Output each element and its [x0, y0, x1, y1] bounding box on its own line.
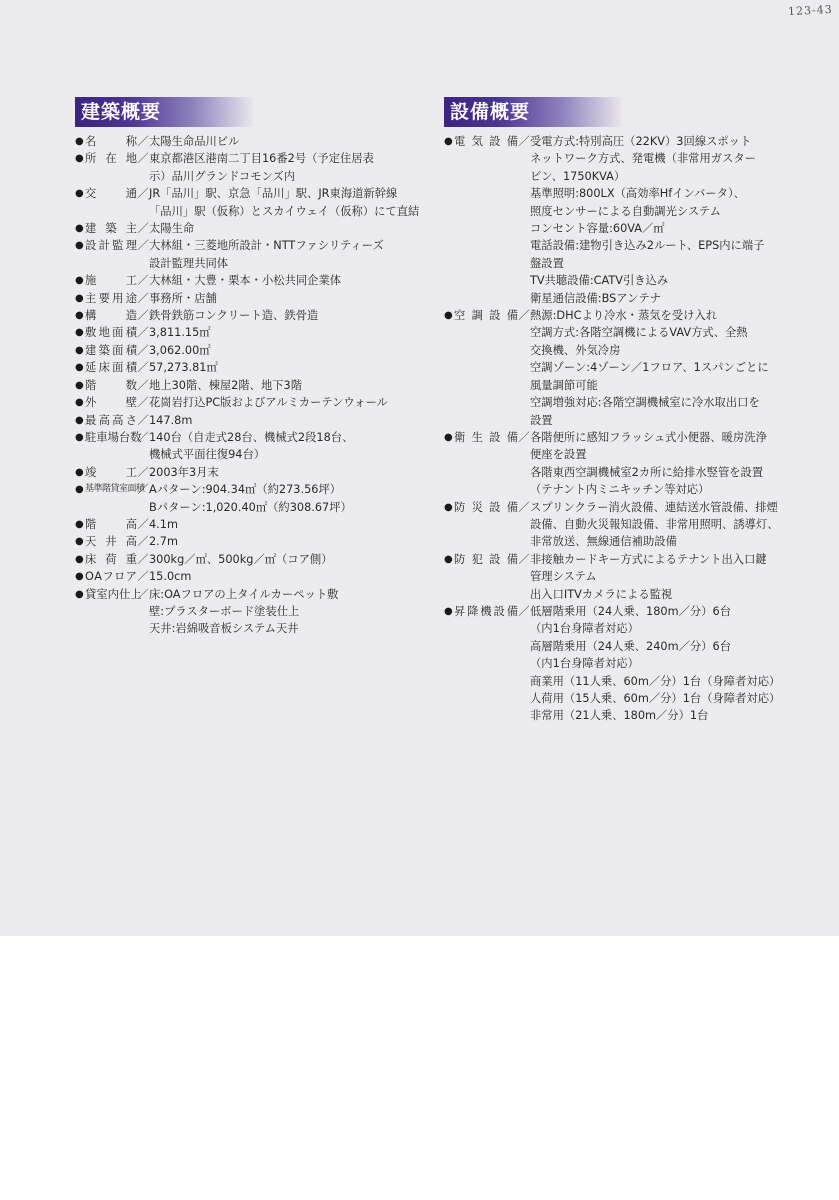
spec-label: 設計監理 [85, 237, 137, 272]
spec-item: ●構造／鉄骨鉄筋コンクリート造、鉄骨造 [75, 307, 440, 324]
separator: ／ [137, 272, 149, 289]
separator: ／ [518, 551, 530, 603]
spec-value-line: 空調方式:各階空調機によるVAV方式、全熱 [530, 324, 769, 341]
spec-value: 受電方式:特別高圧（22KV）3回線スポットネットワーク方式、発電機（非常用ガス… [530, 133, 764, 307]
equipment-overview-section: 設備概要 ●電気設備／受電方式:特別高圧（22KV）3回線スポットネットワーク方… [444, 97, 824, 725]
spec-value: 大林組・三菱地所設計・NTTファシリティーズ設計監理共同体 [149, 237, 384, 272]
separator: ／ [518, 307, 530, 429]
spec-item: ●設計監理／大林組・三菱地所設計・NTTファシリティーズ設計監理共同体 [75, 237, 440, 272]
spec-label: 階高 [85, 516, 137, 533]
spec-item: ●衛生設備／各階便所に感知フラッシュ式小便器、暖房洗浄便座を設置各階東西空調機械… [444, 429, 824, 499]
spec-item: ●OAフロア／15.0cm [75, 568, 440, 585]
equipment-item-list: ●電気設備／受電方式:特別高圧（22KV）3回線スポットネットワーク方式、発電機… [444, 133, 824, 725]
bullet-icon: ● [444, 551, 454, 603]
spec-value-line: 15.0cm [149, 568, 191, 585]
bullet-icon: ● [444, 307, 454, 429]
separator: ／ [137, 394, 149, 411]
bullet-icon: ● [75, 342, 85, 359]
spec-value: 熱源:DHCより冷水・蒸気を受け入れ空調方式:各階空調機によるVAV方式、全熱交… [530, 307, 769, 429]
spec-value-line: 空調増強対応:各階空調機械室に冷水取出口を [530, 394, 769, 411]
separator: ／ [137, 133, 149, 150]
spec-item: ●延床面積／57,273.81㎡ [75, 359, 440, 376]
spec-item: ●空調設備／熱源:DHCより冷水・蒸気を受け入れ空調方式:各階空調機によるVAV… [444, 307, 824, 429]
bullet-icon: ● [444, 133, 454, 307]
spec-value-line: 非接触カードキー方式によるテナント出入口鍵 [530, 551, 767, 568]
spec-value-line: 電話設備:建物引き込み2ルート、EPS内に端子 [530, 237, 764, 254]
spec-value-line: 57,273.81㎡ [149, 359, 218, 376]
bullet-icon: ● [75, 290, 85, 307]
spec-value-line: 非常用（21人乗、180m／分）1台 [530, 707, 780, 724]
spec-value: 300kg／㎡、500kg／㎡（コア側） [149, 551, 333, 568]
spec-value: 2.7m [149, 533, 178, 550]
spec-value-line: 4.1m [149, 516, 178, 533]
spec-label: 施工 [85, 272, 137, 289]
separator: ／ [137, 551, 149, 568]
spec-item: ●施工／大林組・大豊・栗本・小松共同企業体 [75, 272, 440, 289]
bullet-icon: ● [75, 586, 85, 638]
spec-value-line: 各階東西空調機械室2カ所に給排水竪管を設置 [530, 464, 767, 481]
bullet-icon: ● [75, 516, 85, 533]
bullet-icon: ● [444, 603, 454, 725]
bullet-icon: ● [75, 150, 85, 185]
separator: ／ [518, 133, 530, 307]
page-number-note: 123-43 [788, 3, 833, 18]
spec-value: 2003年3月末 [149, 464, 219, 481]
building-overview-section: 建築概要 ●名称／太陽生命品川ビル●所在地／東京都港区港南二丁目16番2号（予定… [75, 97, 440, 638]
separator: ／ [137, 220, 149, 237]
section-title-equipment: 設備概要 [444, 97, 624, 127]
separator: ／ [137, 290, 149, 307]
spec-label: 所在地 [85, 150, 137, 185]
spec-item: ●階高／4.1m [75, 516, 440, 533]
spec-value: 地上30階、棟屋2階、地下3階 [149, 377, 302, 394]
separator: ／ [137, 586, 149, 638]
spec-label: 駐車場台数 [85, 429, 137, 464]
spec-item: ●防犯設備／非接触カードキー方式によるテナント出入口鍵管理システム出入口ITVカ… [444, 551, 824, 603]
spec-value-line: 地上30階、棟屋2階、地下3階 [149, 377, 302, 394]
bullet-icon: ● [75, 551, 85, 568]
building-item-list: ●名称／太陽生命品川ビル●所在地／東京都港区港南二丁目16番2号（予定住居表示）… [75, 133, 440, 638]
bullet-icon: ● [75, 324, 85, 341]
separator: ／ [137, 568, 149, 585]
spec-item: ●建築面積／3,062.00㎡ [75, 342, 440, 359]
separator: ／ [137, 533, 149, 550]
spec-item: ●基準階貸室面積／Aパターン:904.34㎡（約273.56坪）Bパターン:1,… [75, 481, 440, 516]
spec-item: ●敷地面積／3,811.15㎡ [75, 324, 440, 341]
spec-item: ●交通／JR「品川」駅、京急「品川」駅、JR東海道新幹線「品川」駅（仮称）とスカ… [75, 185, 440, 220]
spec-value-line: 東京都港区港南二丁目16番2号（予定住居表 [149, 150, 374, 167]
bullet-icon: ● [75, 133, 85, 150]
bullet-icon: ● [75, 464, 85, 481]
separator: ／ [137, 516, 149, 533]
spec-label: OAフロア [85, 568, 137, 585]
spec-value-line: （テナント内ミニキッチン等対応） [530, 481, 767, 498]
spec-value-line: コンセント容量:60VA／㎡ [530, 220, 764, 237]
separator: ／ [518, 429, 530, 499]
spec-label: 建築面積 [85, 342, 137, 359]
spec-value: 各階便所に感知フラッシュ式小便器、暖房洗浄便座を設置各階東西空調機械室2カ所に給… [530, 429, 767, 499]
spec-item: ●所在地／東京都港区港南二丁目16番2号（予定住居表示）品川グランドコモンズ内 [75, 150, 440, 185]
spec-value-line: 2.7m [149, 533, 178, 550]
spec-item: ●名称／太陽生命品川ビル [75, 133, 440, 150]
spec-label: 敷地面積 [85, 324, 137, 341]
separator: ／ [137, 237, 149, 272]
spec-value-line: 天井:岩綿吸音板システム天井 [149, 620, 338, 637]
bullet-icon: ● [75, 359, 85, 376]
spec-value-line: 大林組・大豊・栗本・小松共同企業体 [149, 272, 341, 289]
separator: ／ [137, 359, 149, 376]
spec-value-line: 事務所・店舗 [149, 290, 217, 307]
spec-value-line: ビン、1750KVA） [530, 168, 764, 185]
spec-value-line: 商業用（11人乗、60m／分）1台（身障者対応） [530, 673, 780, 690]
bullet-icon: ● [75, 429, 85, 464]
spec-value-line: 2003年3月末 [149, 464, 219, 481]
spec-value: 太陽生命品川ビル [149, 133, 239, 150]
separator: ／ [137, 377, 149, 394]
spec-label: 天井高 [85, 533, 137, 550]
spec-value-line: 300kg／㎡、500kg／㎡（コア側） [149, 551, 333, 568]
spec-item: ●階数／地上30階、棟屋2階、地下3階 [75, 377, 440, 394]
bullet-icon: ● [75, 307, 85, 324]
spec-value-line: 太陽生命品川ビル [149, 133, 239, 150]
spec-label: 防犯設備 [454, 551, 518, 603]
spec-value-line: 鉄骨鉄筋コンクリート造、鉄骨造 [149, 307, 318, 324]
spec-value-line: 設備、自動火災報知設備、非常用照明、誘導灯、 [530, 516, 779, 533]
separator: ／ [518, 499, 530, 551]
spec-label: 建築主 [85, 220, 137, 237]
spec-label: 名称 [85, 133, 137, 150]
spec-value-line: 低層階乗用（24人乗、180m／分）6台 [530, 603, 780, 620]
spec-item: ●昇降機設備／低層階乗用（24人乗、180m／分）6台（内1台身障者対応）高層階… [444, 603, 824, 725]
spec-value-line: 示）品川グランドコモンズ内 [149, 168, 374, 185]
spec-label: 空調設備 [454, 307, 518, 429]
spec-value: 東京都港区港南二丁目16番2号（予定住居表示）品川グランドコモンズ内 [149, 150, 374, 185]
bullet-icon: ● [75, 377, 85, 394]
spec-value: 大林組・大豊・栗本・小松共同企業体 [149, 272, 341, 289]
spec-value-line: 壁:プラスターボード塗装仕上 [149, 603, 338, 620]
spec-value: JR「品川」駅、京急「品川」駅、JR東海道新幹線「品川」駅（仮称）とスカイウェイ… [149, 185, 419, 220]
bullet-icon: ● [75, 533, 85, 550]
spec-value-line: 管理システム [530, 568, 767, 585]
spec-value-line: 非常放送、無線通信補助設備 [530, 533, 779, 550]
separator: ／ [137, 150, 149, 185]
document-page: 123-43 建築概要 ●名称／太陽生命品川ビル●所在地／東京都港区港南二丁目1… [0, 0, 839, 936]
bullet-icon: ● [75, 394, 85, 411]
spec-value-line: 風量調節可能 [530, 377, 769, 394]
spec-value-line: 各階便所に感知フラッシュ式小便器、暖房洗浄 [530, 429, 767, 446]
spec-value: 140台（自走式28台、機械式2段18台、機械式平面往復94台） [149, 429, 353, 464]
spec-label: 外壁 [85, 394, 137, 411]
spec-value-line: 交換機、外気冷房 [530, 342, 769, 359]
spec-value-line: 3,062.00㎡ [149, 342, 211, 359]
spec-label: 基準階貸室面積 [85, 481, 137, 516]
spec-label: 床荷重 [85, 551, 137, 568]
spec-value-line: 衛星通信設備:BSアンテナ [530, 290, 764, 307]
spec-value-line: 「品川」駅（仮称）とスカイウェイ（仮称）にて直結 [149, 203, 419, 220]
spec-item: ●駐車場台数／140台（自走式28台、機械式2段18台、機械式平面往復94台） [75, 429, 440, 464]
separator: ／ [137, 481, 149, 516]
spec-label: 構造 [85, 307, 137, 324]
spec-label: 衛生設備 [454, 429, 518, 499]
spec-value-line: 人荷用（15人乗、60m／分）1台（身障者対応） [530, 690, 780, 707]
spec-item: ●外壁／花崗岩打込PC版およびアルミカーテンウォール [75, 394, 440, 411]
spec-value-line: 熱源:DHCより冷水・蒸気を受け入れ [530, 307, 769, 324]
spec-value: 花崗岩打込PC版およびアルミカーテンウォール [149, 394, 388, 411]
spec-value-line: 盤設置 [530, 255, 764, 272]
spec-value-line: 空調ゾーン:4ゾーン／1フロア、1スパンごとに [530, 359, 769, 376]
spec-label: 貸室内仕上 [85, 586, 137, 638]
spec-value: 非接触カードキー方式によるテナント出入口鍵管理システム出入口ITVカメラによる監… [530, 551, 767, 603]
bullet-icon: ● [75, 185, 85, 220]
spec-item: ●貸室内仕上／床:OAフロアの上タイルカーペット敷壁:プラスターボード塗装仕上天… [75, 586, 440, 638]
spec-item: ●最高高さ／147.8m [75, 412, 440, 429]
bullet-icon: ● [444, 429, 454, 499]
spec-value-line: 便座を設置 [530, 446, 767, 463]
separator: ／ [137, 429, 149, 464]
spec-value-line: JR「品川」駅、京急「品川」駅、JR東海道新幹線 [149, 185, 419, 202]
spec-value-line: 大林組・三菱地所設計・NTTファシリティーズ [149, 237, 384, 254]
spec-value: 低層階乗用（24人乗、180m／分）6台（内1台身障者対応）高層階乗用（24人乗… [530, 603, 780, 725]
spec-value-line: 設計監理共同体 [149, 255, 384, 272]
spec-value-line: 床:OAフロアの上タイルカーペット敷 [149, 586, 338, 603]
spec-label: 昇降機設備 [454, 603, 518, 725]
spec-value-line: 照度センサーによる自動調光システム [530, 203, 764, 220]
spec-label: 延床面積 [85, 359, 137, 376]
spec-label: 階数 [85, 377, 137, 394]
spec-value: 15.0cm [149, 568, 191, 585]
spec-value-line: （内1台身障者対応） [530, 655, 780, 672]
separator: ／ [518, 603, 530, 725]
spec-value: 147.8m [149, 412, 192, 429]
spec-value-line: 基準照明:800LX（高効率Hfインバータ）、 [530, 185, 764, 202]
spec-item: ●床荷重／300kg／㎡、500kg／㎡（コア側） [75, 551, 440, 568]
separator: ／ [137, 464, 149, 481]
spec-value: スプリンクラー消火設備、連結送水管設備、排煙設備、自動火災報知設備、非常用照明、… [530, 499, 779, 551]
separator: ／ [137, 342, 149, 359]
separator: ／ [137, 185, 149, 220]
section-title-building: 建築概要 [75, 97, 255, 127]
spec-label: 主要用途 [85, 290, 137, 307]
spec-value: 事務所・店舗 [149, 290, 217, 307]
spec-item: ●竣工／2003年3月末 [75, 464, 440, 481]
spec-value-line: ネットワーク方式、発電機（非常用ガスター [530, 150, 764, 167]
spec-value: 4.1m [149, 516, 178, 533]
bullet-icon: ● [75, 568, 85, 585]
bullet-icon: ● [75, 412, 85, 429]
spec-value: 3,062.00㎡ [149, 342, 211, 359]
spec-value-line: Bパターン:1,020.40㎡（約308.67坪） [149, 499, 352, 516]
spec-value: 太陽生命 [149, 220, 194, 237]
spec-value: Aパターン:904.34㎡（約273.56坪）Bパターン:1,020.40㎡（約… [149, 481, 352, 516]
separator: ／ [137, 307, 149, 324]
bullet-icon: ● [75, 481, 85, 516]
bullet-icon: ● [444, 499, 454, 551]
spec-label: 竣工 [85, 464, 137, 481]
spec-label: 電気設備 [454, 133, 518, 307]
spec-value: 鉄骨鉄筋コンクリート造、鉄骨造 [149, 307, 318, 324]
separator: ／ [137, 412, 149, 429]
spec-value-line: （内1台身障者対応） [530, 620, 780, 637]
spec-value: 57,273.81㎡ [149, 359, 218, 376]
bullet-icon: ● [75, 272, 85, 289]
spec-item: ●天井高／2.7m [75, 533, 440, 550]
spec-value-line: 花崗岩打込PC版およびアルミカーテンウォール [149, 394, 388, 411]
spec-value-line: TV共聴設備:CATV引き込み [530, 272, 764, 289]
spec-value-line: Aパターン:904.34㎡（約273.56坪） [149, 481, 352, 498]
spec-item: ●主要用途／事務所・店舗 [75, 290, 440, 307]
spec-item: ●防災設備／スプリンクラー消火設備、連結送水管設備、排煙設備、自動火災報知設備、… [444, 499, 824, 551]
spec-value-line: 高層階乗用（24人乗、240m／分）6台 [530, 638, 780, 655]
separator: ／ [137, 324, 149, 341]
spec-value-line: 3,811.15㎡ [149, 324, 211, 341]
spec-label: 最高高さ [85, 412, 137, 429]
spec-value-line: 140台（自走式28台、機械式2段18台、 [149, 429, 353, 446]
spec-item: ●建築主／太陽生命 [75, 220, 440, 237]
spec-value-line: 受電方式:特別高圧（22KV）3回線スポット [530, 133, 764, 150]
spec-label: 交通 [85, 185, 137, 220]
spec-value-line: スプリンクラー消火設備、連結送水管設備、排煙 [530, 499, 779, 516]
spec-label: 防災設備 [454, 499, 518, 551]
spec-value-line: 機械式平面往復94台） [149, 446, 353, 463]
spec-value-line: 設置 [530, 412, 769, 429]
spec-value-line: 出入口ITVカメラによる監視 [530, 586, 767, 603]
spec-value-line: 147.8m [149, 412, 192, 429]
spec-value: 3,811.15㎡ [149, 324, 211, 341]
spec-value-line: 太陽生命 [149, 220, 194, 237]
bullet-icon: ● [75, 237, 85, 272]
bullet-icon: ● [75, 220, 85, 237]
spec-item: ●電気設備／受電方式:特別高圧（22KV）3回線スポットネットワーク方式、発電機… [444, 133, 824, 307]
spec-value: 床:OAフロアの上タイルカーペット敷壁:プラスターボード塗装仕上天井:岩綿吸音板… [149, 586, 338, 638]
